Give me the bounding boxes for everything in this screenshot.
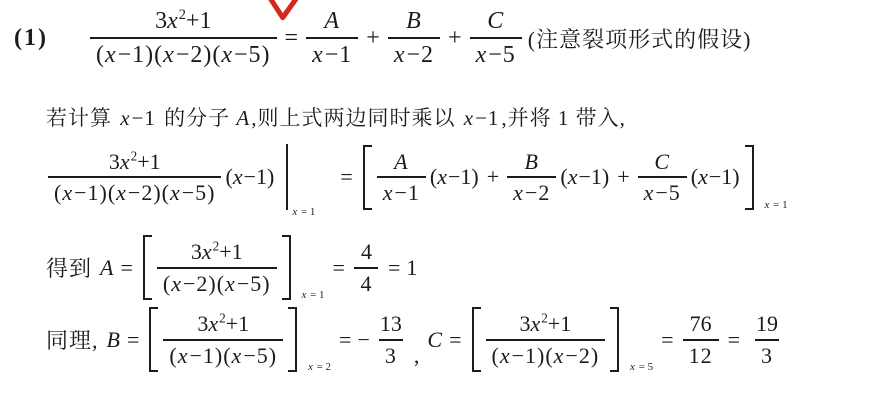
- numerator: 76: [682, 310, 720, 339]
- variable-x: x: [120, 149, 131, 174]
- coefficient-b: B: [107, 327, 121, 353]
- denominator: (x−1)(x−2)(x−5): [90, 37, 277, 70]
- minus-2: −2): [176, 42, 213, 68]
- reduced-fraction: 3x2+1 (x−1)(x−5): [163, 310, 283, 369]
- term-b-fraction: B x−2: [388, 6, 440, 70]
- variable-x: x: [630, 361, 636, 373]
- equals-sign: =: [449, 327, 461, 353]
- text: ,则上式两边同时乘以: [251, 106, 462, 130]
- right-bracket: [745, 145, 754, 210]
- minus-1: −1): [512, 343, 546, 368]
- variable-x: x: [312, 42, 325, 68]
- denominator: x−2: [507, 176, 556, 207]
- minus-2: −2): [183, 271, 217, 296]
- paren: (: [545, 343, 553, 368]
- denominator: 4: [354, 267, 378, 298]
- minus-1: −1): [448, 164, 479, 189]
- coefficient-c: C: [427, 327, 443, 353]
- result-prefix: 得到: [46, 252, 92, 283]
- math-document-page: (1) 3x2+1 (x−1)(x−2)(x−5) = A x−1 + B x−…: [0, 0, 872, 406]
- numerator: 19: [748, 310, 786, 339]
- variable-x: x: [167, 8, 179, 34]
- equals-2: = 2: [317, 361, 331, 373]
- text: ,并将 1 带入,: [501, 106, 626, 130]
- numerator: C: [646, 148, 678, 177]
- plus-sign: +: [448, 25, 462, 52]
- exponent: 2: [219, 311, 226, 326]
- equals-sign: =: [333, 255, 345, 281]
- variable-x: x: [171, 271, 183, 296]
- term-c-fraction: C x−5: [470, 6, 522, 70]
- plus-sign: +: [366, 25, 380, 52]
- variable-x: x: [644, 180, 656, 205]
- multiplied-factor: (x−1): [560, 164, 609, 190]
- variable-x: x: [178, 343, 190, 368]
- variable-x: x: [225, 271, 237, 296]
- evaluation-bar: x = 1: [286, 144, 288, 210]
- variable-x: x: [500, 343, 512, 368]
- term-a-fraction: A x−1: [306, 6, 358, 70]
- numerator: 3x2+1: [189, 310, 257, 339]
- coefficient-c: C: [654, 149, 670, 174]
- math-x-minus-1: x−1: [120, 106, 156, 130]
- denominator: (x−1)(x−5): [163, 339, 283, 370]
- minus-1: −1): [189, 343, 223, 368]
- term-a-fraction: A x−1: [377, 148, 426, 207]
- minus-1: −1: [395, 180, 420, 205]
- variable-x: x: [116, 180, 128, 205]
- minus-2: −2): [565, 343, 599, 368]
- paren: (: [223, 343, 231, 368]
- equals-5: = 5: [639, 361, 653, 373]
- reduced-fraction: 3x2+1 (x−1)(x−2): [486, 310, 606, 369]
- paren: (: [163, 271, 171, 296]
- equals-sign: =: [388, 255, 400, 281]
- evaluation-subscript: x = 1: [292, 206, 315, 218]
- paren: (: [212, 42, 221, 68]
- numerator: C: [479, 6, 512, 37]
- variable-x: x: [765, 199, 771, 211]
- coefficient-a: A: [394, 149, 408, 174]
- variable-x: x: [476, 42, 489, 68]
- plus-one: +1: [548, 311, 571, 336]
- right-bracket: [610, 307, 619, 372]
- paren: (: [154, 42, 163, 68]
- evaluation-subscript: x = 2: [308, 361, 331, 373]
- equals-sign: =: [728, 327, 740, 353]
- math-x-minus-1: x−1: [464, 106, 500, 130]
- numerator: A: [316, 6, 348, 37]
- equals-sign: =: [661, 327, 673, 353]
- separator-comma: ,: [414, 343, 420, 369]
- numerator: 3x2+1: [511, 310, 579, 339]
- paren: (: [225, 164, 232, 189]
- multiplied-factor: (x−1): [430, 164, 479, 190]
- denominator: x−2: [388, 37, 440, 70]
- plus-one: +1: [226, 311, 249, 336]
- coefficient-a: A: [324, 8, 340, 34]
- numerator: 3x2+1: [183, 238, 251, 267]
- note-text: (注意裂项形式的假设): [528, 23, 752, 54]
- equals-1: = 1: [301, 206, 315, 218]
- multiply-equation-row: 3x2+1 (x−1)(x−2)(x−5) (x−1) x = 1 = A x−…: [46, 144, 790, 210]
- variable-x: x: [554, 343, 566, 368]
- variable-x: x: [383, 180, 395, 205]
- numerator: 3x2+1: [101, 148, 169, 177]
- text: 若计算: [46, 106, 118, 130]
- equals-sign: =: [285, 25, 299, 52]
- variable-x: x: [308, 361, 314, 373]
- variable-x: x: [208, 311, 219, 336]
- denominator: x−5: [638, 176, 687, 207]
- equals-sign: =: [127, 327, 139, 353]
- lhs-fraction: 3x2+1 (x−1)(x−2)(x−5): [90, 6, 277, 70]
- plus-one: +1: [219, 239, 242, 264]
- plus-sign: +: [487, 164, 499, 190]
- minus-1: −1): [118, 42, 155, 68]
- evaluation-subscript: x = 1: [765, 199, 788, 211]
- evaluation-subscript: x = 5: [630, 361, 653, 373]
- denominator: 3: [755, 339, 779, 370]
- value-fraction: 4 4: [353, 238, 380, 297]
- plus-sign: +: [617, 164, 629, 190]
- left-bracket: [363, 145, 372, 210]
- similarly-prefix: 同理,: [46, 324, 99, 355]
- left-bracket: [472, 307, 481, 372]
- denominator: (x−1)(x−2): [486, 339, 606, 370]
- coefficient-b: B: [406, 8, 422, 34]
- variable-x: x: [105, 42, 118, 68]
- coefficient-a-result-row: 得到 A = 3x2+1 (x−2)(x−5) x = 1 = 4 4 = 1: [46, 238, 417, 297]
- multiplied-factor: (x−1): [691, 164, 740, 190]
- paren: (: [217, 271, 225, 296]
- paren: (: [108, 180, 116, 205]
- minus-1: −1: [132, 106, 156, 130]
- denominator: (x−1)(x−2)(x−5): [48, 176, 221, 207]
- variable-x: x: [292, 206, 298, 218]
- coefficient-a: A: [236, 106, 251, 130]
- coefficient: 3: [197, 311, 208, 336]
- minus-1: −1): [244, 164, 275, 189]
- left-bracket: [143, 235, 152, 300]
- equals-sign: =: [339, 327, 351, 353]
- equals-1: = 1: [310, 289, 324, 301]
- numerator: B: [517, 148, 547, 177]
- right-bracket: [288, 307, 297, 372]
- variable-x: x: [233, 164, 244, 189]
- minus-5: −5: [488, 42, 516, 68]
- value-fraction: 76 12: [682, 310, 720, 369]
- paren: (: [169, 343, 177, 368]
- term-c-fraction: C x−5: [638, 148, 687, 207]
- minus-2: −2): [128, 180, 162, 205]
- numerator: 3x2+1: [147, 6, 219, 37]
- coefficient: 3: [109, 149, 120, 174]
- plus-one: +1: [186, 8, 212, 34]
- variable-x: x: [221, 42, 234, 68]
- minus-1: −1): [578, 164, 609, 189]
- multiplied-factor: (x−1): [225, 164, 274, 190]
- variable-x: x: [170, 180, 182, 205]
- explanation-line: 若计算 x−1 的分子 A,则上式两边同时乘以 x−1,并将 1 带入,: [46, 102, 626, 132]
- minus-1: −1): [709, 164, 740, 189]
- coefficient-c: C: [487, 8, 504, 34]
- minus-5: −5): [237, 271, 271, 296]
- coefficient: 3: [519, 311, 530, 336]
- term-b-fraction: B x−2: [507, 148, 556, 207]
- numerator: B: [398, 6, 430, 37]
- minus-5: −5): [182, 180, 216, 205]
- variable-x: x: [530, 311, 541, 336]
- checkmark-icon: [264, 0, 306, 21]
- result-value: 1: [406, 255, 417, 281]
- bracketed-expression: 3x2+1 (x−2)(x−5) x = 1: [143, 238, 291, 297]
- variable-x: x: [62, 180, 74, 205]
- main-equation-row: (1) 3x2+1 (x−1)(x−2)(x−5) = A x−1 + B x−…: [14, 6, 751, 70]
- numerator: 4: [353, 238, 380, 267]
- coefficient-b-c-result-row: 同理, B = 3x2+1 (x−1)(x−5) x = 2 = − 13 3 …: [46, 310, 788, 369]
- coefficient: 3: [191, 239, 202, 264]
- variable-x: x: [513, 180, 525, 205]
- evaluation-subscript: x = 1: [301, 289, 324, 301]
- text: 的分子: [158, 106, 237, 130]
- minus-1: −1: [475, 106, 499, 130]
- equals-sign: =: [120, 255, 132, 281]
- paren: (: [492, 343, 500, 368]
- variable-x: x: [163, 42, 176, 68]
- minus-1: −1: [325, 42, 353, 68]
- minus-2: −2: [525, 180, 550, 205]
- equals-sign: =: [340, 164, 352, 190]
- lhs-fraction: 3x2+1 (x−1)(x−2)(x−5): [48, 148, 221, 207]
- numerator: 13: [372, 310, 410, 339]
- equals-1: = 1: [773, 199, 787, 211]
- exponent: 2: [179, 7, 186, 23]
- bracketed-rhs: A x−1 (x−1) + B x−2 (x−1) + C x−5 (x−1) …: [363, 148, 754, 207]
- denominator: 3: [379, 339, 403, 370]
- variable-x: x: [394, 42, 407, 68]
- value-fraction: 13 3: [372, 310, 410, 369]
- minus-2: −2: [407, 42, 435, 68]
- problem-number: (1): [14, 25, 48, 52]
- variable-x: x: [437, 164, 448, 189]
- variable-x: x: [301, 289, 307, 301]
- reduced-fraction: 3x2+1 (x−2)(x−5): [157, 238, 277, 297]
- variable-x: x: [698, 164, 709, 189]
- minus-sign: −: [357, 327, 369, 353]
- paren: (: [96, 42, 105, 68]
- coefficient: 3: [155, 8, 167, 34]
- minus-1: −1): [74, 180, 108, 205]
- denominator: x−1: [377, 176, 426, 207]
- minus-5: −5): [243, 343, 277, 368]
- variable-x: x: [464, 106, 475, 130]
- left-bracket: [149, 307, 158, 372]
- denominator: 12: [683, 339, 719, 370]
- denominator: x−5: [470, 37, 522, 70]
- variable-x: x: [120, 106, 131, 130]
- denominator: x−1: [306, 37, 358, 70]
- denominator: (x−2)(x−5): [157, 267, 277, 298]
- right-bracket: [282, 235, 291, 300]
- coefficient-a: A: [100, 255, 114, 281]
- paren: (: [162, 180, 170, 205]
- variable-x: x: [568, 164, 579, 189]
- exponent: 2: [541, 311, 548, 326]
- minus-5: −5): [234, 42, 271, 68]
- plus-one: +1: [137, 149, 160, 174]
- bracketed-expression: 3x2+1 (x−1)(x−2) x = 5: [472, 310, 620, 369]
- bracketed-expression: 3x2+1 (x−1)(x−5) x = 2: [149, 310, 297, 369]
- minus-5: −5: [655, 180, 680, 205]
- variable-x: x: [232, 343, 244, 368]
- coefficient-b: B: [525, 149, 539, 174]
- numerator: A: [386, 148, 416, 177]
- variable-x: x: [202, 239, 213, 264]
- value-fraction: 19 3: [748, 310, 786, 369]
- paren: (: [560, 164, 567, 189]
